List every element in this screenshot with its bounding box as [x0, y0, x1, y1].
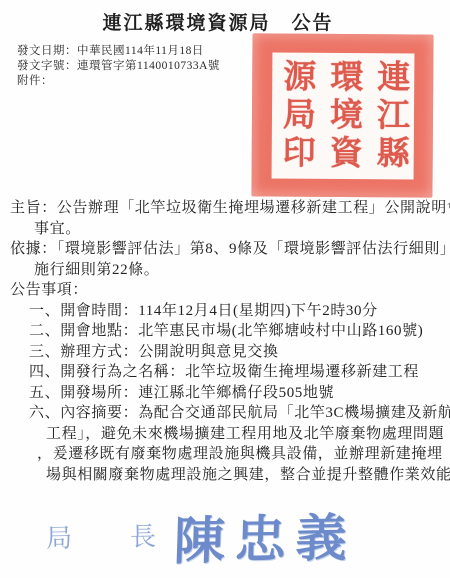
reference-number: 發文字號：連環管字第1140010733A號: [17, 59, 220, 74]
signer-title: 局 長: [46, 515, 173, 554]
items-heading: 公告事項：: [0, 280, 450, 301]
issue-date: 發文日期：中華民國114年11月18日: [17, 44, 220, 59]
announcement-document: 連江縣環境資源局 公告 發文日期：中華民國114年11月18日 發文字號：連環管…: [0, 0, 450, 578]
announcement-body: 主旨：公告辦理「北竿垃圾衛生掩埋場遷移新建工程」公開說明會 事宜。 依據：「環境…: [0, 198, 450, 485]
item-6-summary-cont: 工程」，避免未來機場擴建工程用地及北竿廢棄物處理問題: [0, 424, 450, 445]
basis-line: 依據：「環境影響評估法」第8、9條及「環境影響評估法行細則」: [0, 239, 450, 260]
seal-script-text: 連江縣 環境資 源局印: [272, 58, 414, 173]
item-5-site: 五、開發場所：連江縣北竿鄉橋仔段505地號: [0, 383, 450, 404]
item-2-meeting-place: 二、開會地點：北竿惠民市場(北竿鄉塘岐村中山路160號): [0, 321, 450, 342]
subject-line: 主旨：公告辦理「北竿垃圾衛生掩埋場遷移新建工程」公開說明會: [0, 198, 450, 219]
document-title: 連江縣環境資源局 公告: [0, 8, 436, 35]
seal-inner-panel: 連江縣 環境資 源局印: [271, 52, 414, 179]
item-4-project-name: 四、開發行為之名稱：北竿垃圾衛生掩埋場遷移新建工程: [0, 362, 450, 383]
item-3-method: 三、辦理方式：公開說明與意見交換: [0, 342, 450, 363]
item-6-summary: 六、內容摘要：為配合交通部民航局「北竿3C機場擴建及新航站: [0, 403, 450, 424]
item-6-summary-cont: ，爰遷移既有廢棄物處理設施與機具設備，並辦理新建掩埋: [0, 444, 450, 465]
item-6-summary-cont: 場與相關廢棄物處理設施之興建，整合並提升整體作業效能: [0, 465, 450, 486]
item-1-meeting-time: 一、開會時間：114年12月4日(星期四)下午2時30分: [0, 301, 450, 322]
signer-name-stamp: 陳忠義: [173, 496, 358, 574]
signature-block: 局 長 陳忠義: [46, 498, 357, 572]
official-seal-stamp: 連江縣 環境資 源局印: [251, 33, 433, 197]
meta-block: 發文日期：中華民國114年11月18日 發文字號：連環管字第1140010733…: [17, 44, 220, 89]
attachment-label: 附件：: [17, 74, 220, 89]
basis-line-cont: 施行細則第22條。: [0, 260, 450, 281]
subject-line-cont: 事宜。: [0, 219, 450, 240]
